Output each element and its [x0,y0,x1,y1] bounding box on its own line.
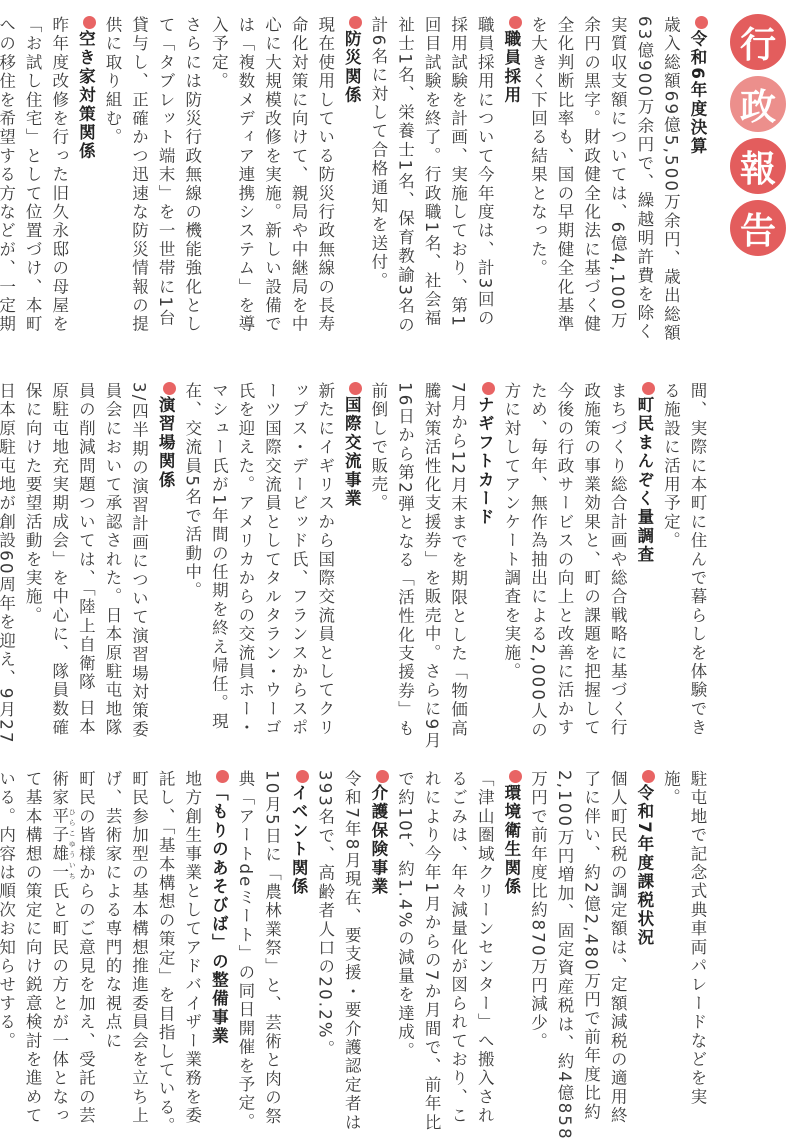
section-heading: 空き家対策関係 [72,16,99,346]
bullet-dot-icon [376,770,389,783]
bullet-dot-icon [642,770,655,783]
section-heading: 介護保険事業 [364,770,391,1142]
section-body: 「津山圏域クリーンセンター」へ搬入されるごみは、年々減量化が図られており、これに… [391,770,497,1142]
section-heading: イベント関係 [285,770,312,1142]
section-heading: 環境衛生関係 [497,770,524,1142]
title-char-1: 行 [730,14,786,70]
bullet-dot-icon [83,16,96,29]
section-body: さらには防災行政無線の機能強化として「タブレット端末」を一世帯に1台貸与し、正確… [98,16,204,346]
title-char-3: 報 [730,138,786,194]
section-body: 町民の皆様からのご意見を加え、受託の芸術家平子雄一ひらこゆういち氏と町民の方とが… [0,770,98,1142]
section-body: 日本原駐屯地が創設60周年を迎え、9月27日にシンボルロードで、28日には [0,382,19,754]
section-body: 駐屯地で記念式典車両パレードなどを実施。 [657,770,710,1142]
section-body: 間、実際に本町に住んで暮らしを体験できる施設に活用予定。 [657,382,710,754]
section-heading: 国際交流事業 [338,382,365,754]
name-ruby: 平子雄一ひらこゆういち [50,807,69,882]
text-band-3: 駐屯地で記念式典車両パレードなどを実施。 令和7年度課税状況 個人町民税の調定額… [0,770,710,1142]
section-heading: 防災関係 [338,16,365,346]
bullet-dot-icon [163,382,176,395]
section-body: 昨年度改修を行った旧久永邸の母屋を「お試し住宅」として位置づけ、本町への移住を希… [0,16,72,346]
section-heading: 令和6年度決算 [683,16,710,346]
title-char-4: 告 [730,200,786,256]
section-heading: 「もりのあそびば」の整備事業 [205,770,232,1142]
section-heading: 演習場関係 [152,382,179,754]
section-body: 7月から12月末までを期限とした「物価高騰対策活性化支援券」を販売中。さらに9月… [364,382,470,754]
section-heading: 職員採用 [497,16,524,346]
section-heading: 令和7年度課税状況 [630,770,657,1142]
section-body: 新たにイギリスから国際交流員としてクリップス・デービッド氏、フランスからスポーツ… [178,382,338,754]
bullet-dot-icon [695,16,708,29]
section-body: 職員採用について今年度は、計3回の採用試験を計画、実施しており、第1回目試験を終… [364,16,497,346]
bullet-dot-icon [216,770,229,783]
section-body: 10月5日に「農林業祭」と、芸術と肉の祭典「アートdeミート」の同日開催を予定。 [231,770,284,1142]
title-char-2: 政 [730,76,786,132]
bullet-dot-icon [509,16,522,29]
section-body: まちづくり総合計画や総合戦略に基づく行政施策の事業効果と、町の課題を把握して今後… [497,382,630,754]
section-heading: 町民まんぞく量調査 [630,382,657,754]
section-heading: ナギフトカード [471,382,498,754]
section-body: 3/四半期の演習計画について演習場対策委員会において承認された。日本原駐屯地隊員… [19,382,152,754]
section-body: 現在使用している防災行政無線の長寿命化対策に向けて、親局や中継局を中心に大規模改… [205,16,338,346]
section-body: 地方創生事業としてアドバイザー業務を委託し、「基本構想の策定」を目指している。町… [98,770,204,1142]
section-body: 令和7年8月現在、要支援・要介護認定者は393名で、高齢者人口の20.2%。 [311,770,364,1142]
section-body: 歳入総額69億5,500万余円、歳出総額63億900万余円で、繰越明許費を除く実… [524,16,684,346]
text-band-2: 間、実際に本町に住んで暮らしを体験できる施設に活用予定。 町民まんぞく量調査 ま… [0,382,710,754]
section-body: 個人町民税の調定額は、定額減税の適用終了に伴い、約2億2,480万円で前年度比約… [524,770,630,1142]
bullet-dot-icon [296,770,309,783]
text-band-1: 令和6年度決算 歳入総額69億5,500万余円、歳出総額63億900万余円で、繰… [0,16,710,346]
bullet-dot-icon [642,382,655,395]
page-title: 行 政 報 告 [730,14,790,262]
bullet-dot-icon [509,770,522,783]
bullet-dot-icon [349,16,362,29]
bullet-dot-icon [482,382,495,395]
bullet-dot-icon [349,382,362,395]
